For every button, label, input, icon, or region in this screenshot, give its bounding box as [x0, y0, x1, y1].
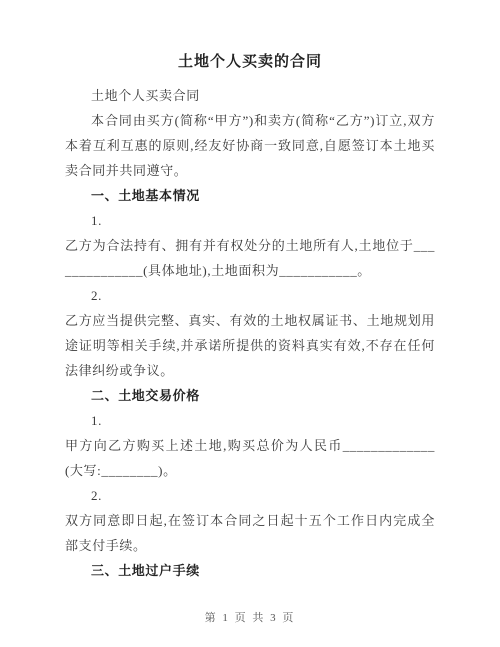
doc-heading-section-1: 一、土地基本情况 [65, 183, 435, 208]
doc-paragraph-land-documents: 乙方应当提供完整、真实、有效的土地权属证书、土地规划用途证明等相关手续,并承诺所… [65, 308, 435, 383]
doc-paragraph-subtitle: 土地个人买卖合同 [65, 83, 435, 108]
doc-heading-section-2: 二、土地交易价格 [65, 383, 435, 408]
doc-paragraph-preamble: 本合同由买方(简称“甲方”)和卖方(简称“乙方”)订立,双方本着互利互惠的原则,… [65, 108, 435, 183]
doc-item-number: 1. [65, 208, 435, 233]
doc-item-number: 1. [65, 408, 435, 433]
doc-heading-section-3: 三、土地过户手续 [65, 558, 435, 583]
doc-paragraph-payment-terms: 双方同意即日起,在签订本合同之日起十五个工作日内完成全部支付手续。 [65, 508, 435, 558]
doc-item-number: 2. [65, 483, 435, 508]
doc-item-number: 2. [65, 283, 435, 308]
contract-document-page: 土地个人买卖的合同 土地个人买卖合同 本合同由买方(简称“甲方”)和卖方(简称“… [0, 0, 500, 647]
document-title: 土地个人买卖的合同 [65, 52, 435, 72]
document-content: 土地个人买卖的合同 土地个人买卖合同 本合同由买方(简称“甲方”)和卖方(简称“… [0, 0, 500, 583]
doc-paragraph-purchase-price: 甲方向乙方购买上述土地,购买总价为人民币_____________(大写:___… [65, 433, 435, 483]
page-number-indicator: 第 1 页 共 3 页 [0, 609, 500, 625]
doc-paragraph-land-location: 乙方为合法持有、拥有并有权处分的土地所有人,土地位于______________… [65, 233, 435, 283]
